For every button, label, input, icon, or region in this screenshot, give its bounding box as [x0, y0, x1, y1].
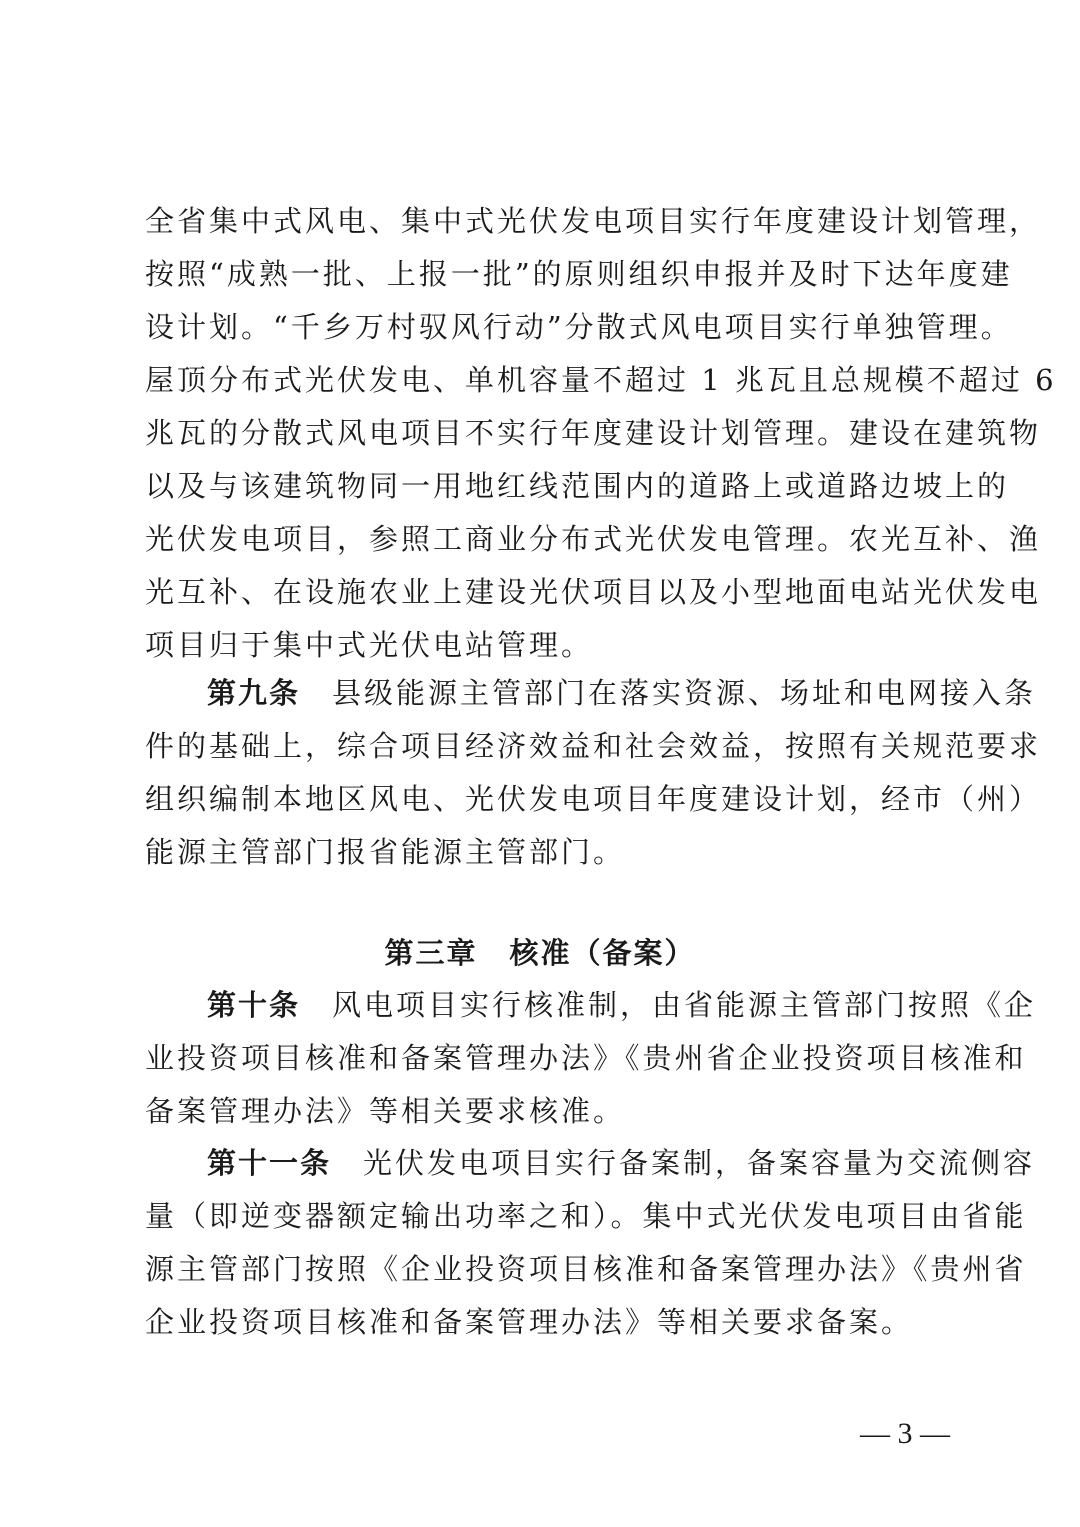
- text-line: 件的基础上，综合项目经济效益和社会效益，按照有关规范要求: [145, 726, 945, 766]
- text-line: 屋顶分布式光伏发电、单机容量不超过 1 兆瓦且总规模不超过 6: [145, 360, 945, 400]
- text-line: 项目归于集中式光伏电站管理。: [145, 625, 945, 665]
- text-line: 风电项目实行核准制，由省能源主管部门按照《企: [332, 988, 1036, 1022]
- chapter-heading: 第三章核准（备案）: [0, 933, 1080, 973]
- text-line: 光互补、在设施农业上建设光伏项目以及小型地面电站光伏发电: [145, 572, 945, 612]
- article-11-first-line: 第十一条光伏发电项目实行备案制，备案容量为交流侧容: [145, 1143, 945, 1183]
- text-line: 县级能源主管部门在落实资源、场址和电网接入条: [332, 676, 1036, 710]
- chapter-title: 第三章: [384, 936, 477, 970]
- chapter-subtitle: 核准（备案）: [510, 936, 696, 970]
- text-line: 按照“成熟一批、上报一批”的原则组织申报并及时下达年度建: [145, 254, 945, 294]
- text-line: 光伏发电项目实行备案制，备案容量为交流侧容: [363, 1146, 1035, 1180]
- document-page: 全省集中式风电、集中式光伏发电项目实行年度建设计划管理， 按照“成熟一批、上报一…: [0, 0, 1080, 1527]
- article-9-label: 第九条: [207, 676, 300, 710]
- text-line: 企业投资项目核准和备案管理办法》等相关要求备案。: [145, 1302, 945, 1342]
- text-line: 量（即逆变器额定输出功率之和）。集中式光伏发电项目由省能: [145, 1196, 945, 1236]
- text-line: 组织编制本地区风电、光伏发电项目年度建设计划，经市（州）: [145, 779, 945, 819]
- page-number: — 3 —: [840, 1416, 950, 1452]
- text-line: 源主管部门按照《企业投资项目核准和备案管理办法》《贵州省: [145, 1249, 945, 1289]
- text-line: 业投资项目核准和备案管理办法》《贵州省企业投资项目核准和: [145, 1038, 945, 1078]
- text-line: 设计划。“千乡万村驭风行动”分散式风电项目实行单独管理。: [145, 307, 945, 347]
- text-line: 全省集中式风电、集中式光伏发电项目实行年度建设计划管理，: [145, 201, 945, 241]
- text-line: 能源主管部门报省能源主管部门。: [145, 832, 945, 872]
- text-line: 备案管理办法》等相关要求核准。: [145, 1091, 945, 1131]
- text-line: 以及与该建筑物同一用地红线范围内的道路上或道路边坡上的: [145, 466, 945, 506]
- article-11-label: 第十一条: [207, 1146, 331, 1180]
- text-line: 光伏发电项目，参照工商业分布式光伏发电管理。农光互补、渔: [145, 519, 945, 559]
- article-9-first-line: 第九条县级能源主管部门在落实资源、场址和电网接入条: [145, 673, 945, 713]
- article-10-first-line: 第十条风电项目实行核准制，由省能源主管部门按照《企: [145, 985, 945, 1025]
- article-10-label: 第十条: [207, 988, 300, 1022]
- text-line: 兆瓦的分散式风电项目不实行年度建设计划管理。建设在建筑物: [145, 413, 945, 453]
